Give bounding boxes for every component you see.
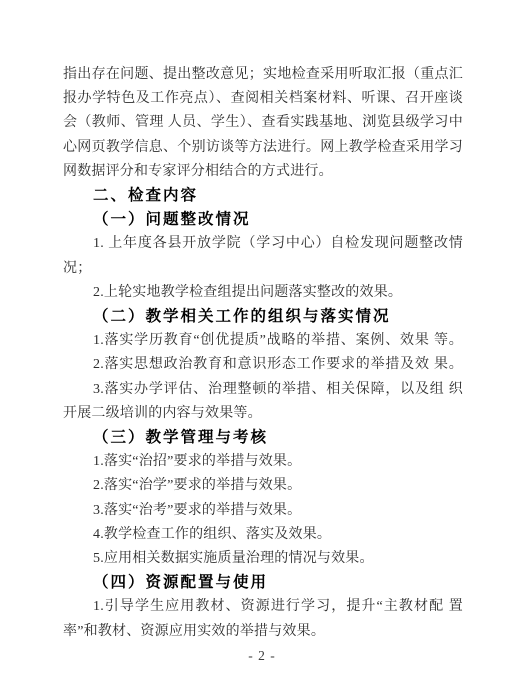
text-line: 1.落实学历教育“创优提质”战略的举措、案例、效果 等。 [63, 329, 463, 353]
text-line: 2.落实思想政治教育和意识形态工作要求的举措及效 果。 [63, 353, 463, 377]
text-line: 报办学特色及工作亮点）、查阅相关档案材料、听课、召开座谈 [63, 87, 463, 111]
text-line: 4.教学检查工作的组织、落实及效果。 [63, 523, 463, 547]
heading-line: （四）资源配置与使用 [63, 571, 463, 595]
heading-line: （三）教学管理与考核 [63, 426, 463, 450]
text-line: 1. 上年度各县开放学院（学习中心）自检发现问题整改情 [63, 232, 463, 256]
text-line: 1.引导学生应用教材、资源进行学习，提升“主教材配 置 [63, 595, 463, 619]
heading-line: （二）教学相关工作的组织与落实情况 [63, 305, 463, 329]
heading-line: 二、检查内容 [63, 184, 463, 208]
document-body: 指出存在问题、提出整改意见；实地检查采用听取汇报（重点汇报办学特色及工作亮点）、… [63, 63, 463, 644]
heading-line: （一）问题整改情况 [63, 208, 463, 232]
text-line: 率”和教材、资源应用实效的举措与效果。 [63, 620, 463, 644]
text-line: 指出存在问题、提出整改意见；实地检查采用听取汇报（重点汇 [63, 63, 463, 87]
text-line: 3.落实办学评估、治理整顿的举措、相关保障，以及组 织 [63, 378, 463, 402]
text-line: 5.应用相关数据实施质量治理的情况与效果。 [63, 547, 463, 571]
text-line: 开展二级培训的内容与效果等。 [63, 402, 463, 426]
text-line: 2.上轮实地教学检查组提出问题落实整改的效果。 [63, 281, 463, 305]
text-line: 会（教师、管理 人员、学生）、查看实践基地、浏览县级学习中 [63, 111, 463, 135]
text-line: 3.落实“治考”要求的举措与效果。 [63, 499, 463, 523]
text-line: 况； [63, 257, 463, 281]
text-line: 2.落实“治学”要求的举措与效果。 [63, 474, 463, 498]
page-number: - 2 - [0, 648, 524, 664]
text-line: 1.落实“治招”要求的举措与效果。 [63, 450, 463, 474]
document-page: 指出存在问题、提出整改意见；实地检查采用听取汇报（重点汇报办学特色及工作亮点）、… [0, 0, 524, 697]
text-line: 网数据评分和专家评分相结合的方式进行。 [63, 160, 463, 184]
text-line: 心网页教学信息、个别访谈等方法进行。网上教学检查采用学习 [63, 136, 463, 160]
